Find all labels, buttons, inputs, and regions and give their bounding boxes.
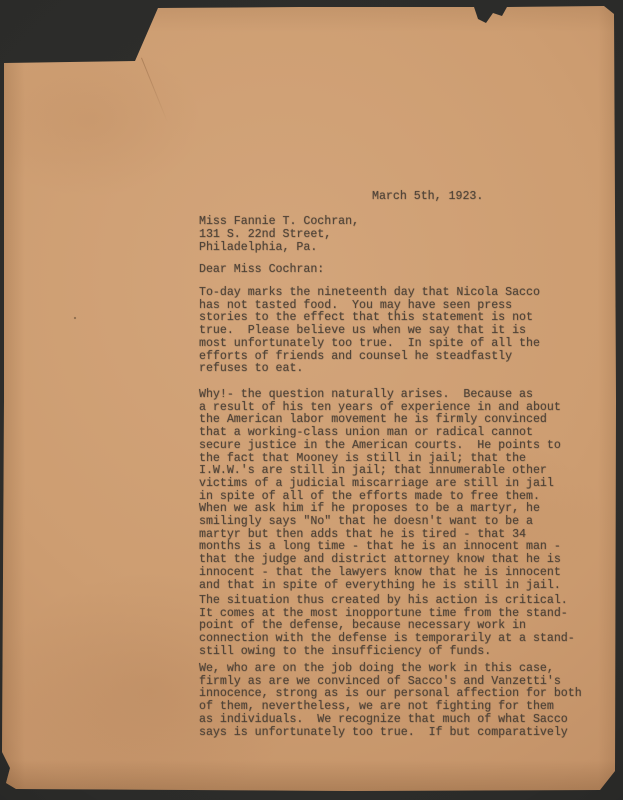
recipient-street: 131 S. 22nd Street, — [199, 228, 331, 241]
recipient-name: Miss Fannie T. Cochran, — [199, 215, 359, 228]
body-paragraph-1: To-day marks the nineteenth day that Nic… — [199, 287, 540, 376]
recipient-city: Philadelphia, Pa. — [199, 241, 317, 254]
recipient-address: Miss Fannie T. Cochran, 131 S. 22nd Stre… — [199, 215, 359, 254]
salutation: Dear Miss Cochran: — [199, 264, 324, 277]
letter-paper: March 5th, 1923. Miss Fannie T. Cochran,… — [0, 0, 623, 800]
paper-crease — [141, 58, 168, 123]
body-paragraph-4: We, who are on the job doing the work in… — [199, 663, 582, 739]
body-paragraph-3: The situation thus created by his action… — [199, 595, 575, 659]
scanned-letter-view: March 5th, 1923. Miss Fannie T. Cochran,… — [0, 0, 623, 800]
letter-date: March 5th, 1923. — [372, 191, 483, 204]
body-paragraph-2: Why!- the question naturally arises. Bec… — [199, 389, 561, 592]
